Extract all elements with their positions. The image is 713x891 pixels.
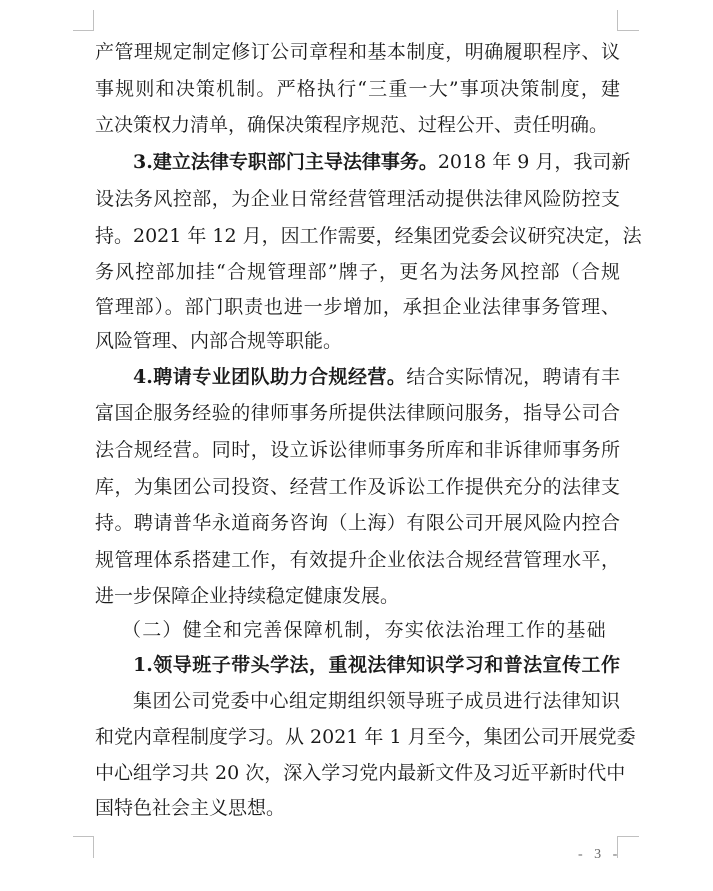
corner-mark-top-left-h <box>73 30 94 31</box>
heading-rest: 结合实际情况，聘请有丰 <box>406 366 620 388</box>
paragraph-heading-line: 4.聘请专业团队助力合规经营。结合实际情况，聘请有丰 <box>133 362 620 392</box>
section-heading: （二）健全和完善保障机制，夯实依法治理工作的基础 <box>122 615 582 645</box>
paragraph-line: 产管理规定制定修订公司章程和基本制度，明确履职程序、议 <box>95 37 620 67</box>
paragraph-line: 集团公司党委中心组定期组织领导班子成员进行法律知识 <box>133 686 620 716</box>
paragraph-line: 规管理体系搭建工作，有效提升企业依法合规经营管理水平， <box>95 545 620 575</box>
corner-mark-bottom-left-h <box>73 836 94 837</box>
paragraph-line: 设法务风控部，为企业日常经营管理活动提供法律风险防控支 <box>95 184 620 214</box>
paragraph-line: 库，为集团公司投资、经营工作及诉讼工作提供充分的法律支 <box>95 472 620 502</box>
heading-rest: 2018 年 9 月，我司新 <box>438 151 631 173</box>
paragraph-line: 和党内章程制度学习。从 2021 年 1 月至今，集团公司开展党委 <box>95 722 620 752</box>
paragraph-line: 立决策权力清单，确保决策程序规范、过程公开、责任明确。 <box>95 110 620 140</box>
paragraph-line: 国特色社会主义思想。 <box>95 793 620 823</box>
document-page: 产管理规定制定修订公司章程和基本制度，明确履职程序、议 事规则和决策机制。严格执… <box>0 0 713 891</box>
page-number: - 3 - <box>578 847 621 863</box>
paragraph-line: 事规则和决策机制。严格执行“三重一大”事项决策制度，建 <box>95 74 620 104</box>
bold-heading: 4.聘请专业团队助力合规经营。 <box>133 366 406 388</box>
paragraph-line: 管理部）。部门职责也进一步增加，承担企业法律事务管理、 <box>95 292 620 322</box>
paragraph-heading-line: 3.建立法律专职部门主导法律事务。2018 年 9 月，我司新 <box>133 147 620 177</box>
paragraph-line: 持。2021 年 12 月，因工作需要，经集团党委会议研究决定，法 <box>95 221 620 251</box>
corner-mark-bottom-right-h <box>617 836 639 837</box>
bold-heading: 3.建立法律专职部门主导法律事务。 <box>133 151 438 173</box>
corner-mark-top-right-h <box>617 30 639 31</box>
corner-mark-top-right-v <box>617 10 618 31</box>
paragraph-line: 务风控部加挂“合规管理部”牌子，更名为法务风控部（合规 <box>95 257 620 287</box>
corner-mark-top-left-v <box>93 10 94 31</box>
paragraph-line: 富国企服务经验的律师事务所提供法律顾问服务，指导公司合 <box>95 398 620 428</box>
paragraph-line: 法合规经营。同时，设立诉讼律师事务所库和非诉律师事务所 <box>95 435 620 465</box>
paragraph-line: 进一步保障企业持续稳定健康发展。 <box>95 581 620 611</box>
paragraph-line: 中心组学习共 20 次，深入学习党内最新文件及习近平新时代中 <box>95 758 620 788</box>
sub-heading: 1.领导班子带头学法，重视法律知识学习和普法宣传工作 <box>133 650 620 680</box>
paragraph-line: 风险管理、内部合规等职能。 <box>95 326 620 356</box>
paragraph-line: 持。聘请普华永道商务咨询（上海）有限公司开展风险内控合 <box>95 508 620 538</box>
corner-mark-bottom-left-v <box>93 836 94 858</box>
